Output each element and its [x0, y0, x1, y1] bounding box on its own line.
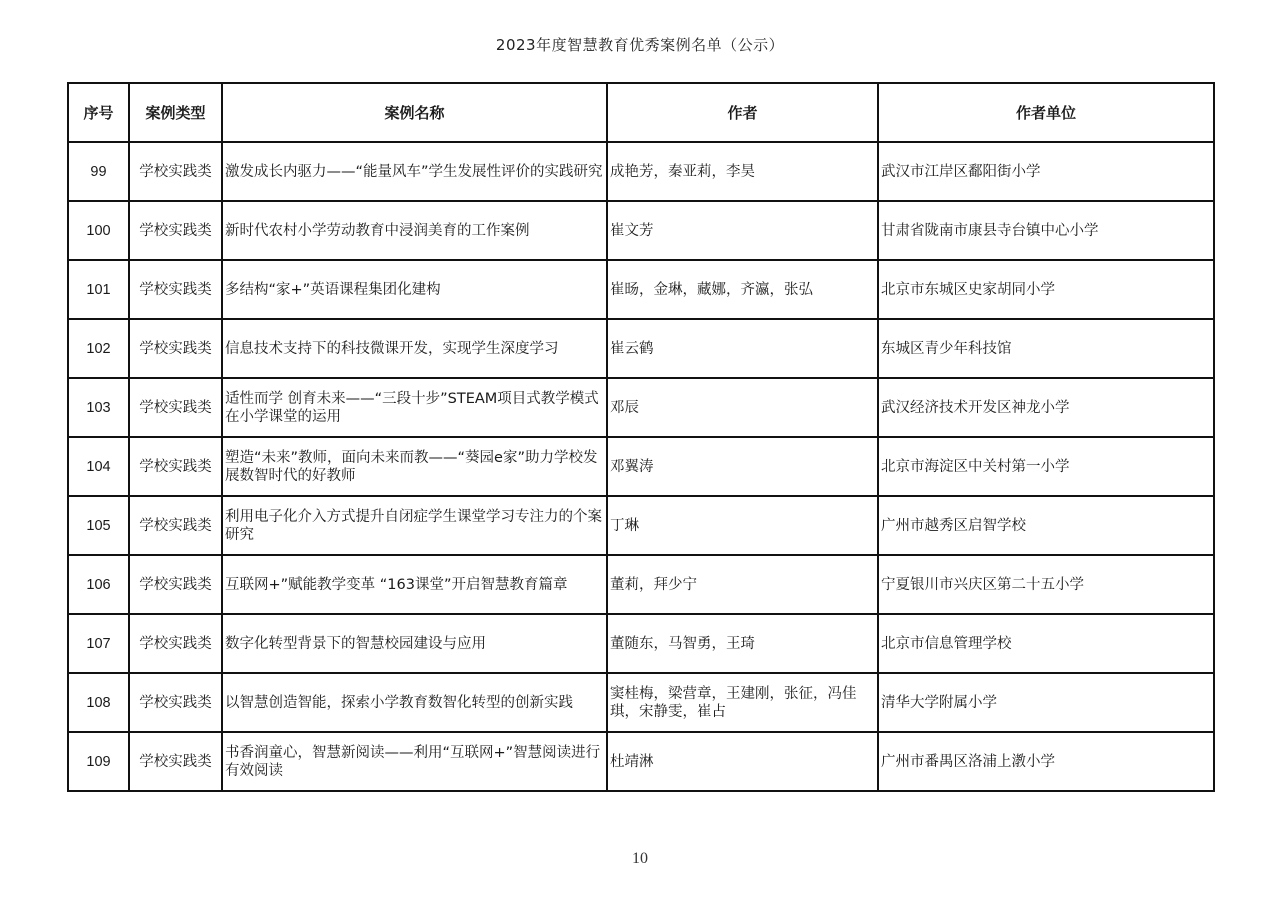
- cell-author-unit: 北京市东城区史家胡同小学: [878, 260, 1214, 319]
- cell-case-name: 互联网+”赋能教学变革 “163课堂”开启智慧教育篇章: [222, 555, 607, 614]
- header-serial-number: 序号: [68, 83, 129, 142]
- page-number: 10: [0, 850, 1280, 868]
- cell-serial-number: 101: [68, 260, 129, 319]
- cell-author-unit: 武汉市江岸区鄱阳街小学: [878, 142, 1214, 201]
- cell-case-type: 学校实践类: [129, 378, 222, 437]
- table-row: 107 学校实践类 数字化转型背景下的智慧校园建设与应用 董随东，马智勇，王琦 …: [68, 614, 1214, 673]
- cell-case-name: 数字化转型背景下的智慧校园建设与应用: [222, 614, 607, 673]
- cell-author: 成艳芳，秦亚莉，李昊: [607, 142, 878, 201]
- case-list-table: 序号 案例类型 案例名称 作者 作者单位 99 学校实践类 激发成长内驱力——“…: [67, 82, 1215, 792]
- cell-author-unit: 广州市越秀区启智学校: [878, 496, 1214, 555]
- cell-serial-number: 107: [68, 614, 129, 673]
- table-row: 108 学校实践类 以智慧创造智能，探索小学教育数智化转型的创新实践 窦桂梅，梁…: [68, 673, 1214, 732]
- cell-serial-number: 108: [68, 673, 129, 732]
- cell-serial-number: 100: [68, 201, 129, 260]
- cell-author: 崔文芳: [607, 201, 878, 260]
- cell-author-unit: 武汉经济技术开发区神龙小学: [878, 378, 1214, 437]
- cell-author-unit: 东城区青少年科技馆: [878, 319, 1214, 378]
- cell-author: 董随东，马智勇，王琦: [607, 614, 878, 673]
- cell-case-name: 以智慧创造智能，探索小学教育数智化转型的创新实践: [222, 673, 607, 732]
- cell-case-type: 学校实践类: [129, 673, 222, 732]
- cell-author: 窦桂梅，梁营章，王建刚，张征，冯佳琪，宋静雯，崔占: [607, 673, 878, 732]
- header-author-unit: 作者单位: [878, 83, 1214, 142]
- table-row: 102 学校实践类 信息技术支持下的科技微课开发，实现学生深度学习 崔云鹤 东城…: [68, 319, 1214, 378]
- header-author: 作者: [607, 83, 878, 142]
- table-row: 105 学校实践类 利用电子化介入方式提升自闭症学生课堂学习专注力的个案研究 丁…: [68, 496, 1214, 555]
- cell-case-name: 多结构“家+”英语课程集团化建构: [222, 260, 607, 319]
- cell-serial-number: 99: [68, 142, 129, 201]
- cell-case-type: 学校实践类: [129, 142, 222, 201]
- header-case-type: 案例类型: [129, 83, 222, 142]
- cell-author: 崔旸，金琳，藏娜，齐瀛，张弘: [607, 260, 878, 319]
- cell-author-unit: 清华大学附属小学: [878, 673, 1214, 732]
- table-row: 106 学校实践类 互联网+”赋能教学变革 “163课堂”开启智慧教育篇章 董莉…: [68, 555, 1214, 614]
- cell-case-name: 利用电子化介入方式提升自闭症学生课堂学习专注力的个案研究: [222, 496, 607, 555]
- cell-author: 丁琳: [607, 496, 878, 555]
- cell-serial-number: 103: [68, 378, 129, 437]
- table-row: 101 学校实践类 多结构“家+”英语课程集团化建构 崔旸，金琳，藏娜，齐瀛，张…: [68, 260, 1214, 319]
- cell-author-unit: 北京市海淀区中关村第一小学: [878, 437, 1214, 496]
- cell-author-unit: 宁夏银川市兴庆区第二十五小学: [878, 555, 1214, 614]
- cell-case-name: 信息技术支持下的科技微课开发，实现学生深度学习: [222, 319, 607, 378]
- cell-serial-number: 109: [68, 732, 129, 791]
- cell-case-type: 学校实践类: [129, 319, 222, 378]
- cell-case-type: 学校实践类: [129, 496, 222, 555]
- cell-case-name: 新时代农村小学劳动教育中浸润美育的工作案例: [222, 201, 607, 260]
- cell-case-name: 激发成长内驱力——“能量风车”学生发展性评价的实践研究: [222, 142, 607, 201]
- cell-case-type: 学校实践类: [129, 614, 222, 673]
- cell-author: 邓辰: [607, 378, 878, 437]
- cell-author: 董莉，拜少宁: [607, 555, 878, 614]
- cell-serial-number: 106: [68, 555, 129, 614]
- cell-author-unit: 甘肃省陇南市康县寺台镇中心小学: [878, 201, 1214, 260]
- cell-author: 邓翼涛: [607, 437, 878, 496]
- document-title: 2023年度智慧教育优秀案例名单（公示）: [0, 34, 1280, 55]
- cell-author: 崔云鹤: [607, 319, 878, 378]
- cell-case-name: 书香润童心，智慧新阅读——利用“互联网+”智慧阅读进行有效阅读: [222, 732, 607, 791]
- table-row: 104 学校实践类 塑造“未来”教师，面向未来而教——“葵园e家”助力学校发展数…: [68, 437, 1214, 496]
- cell-case-name: 适性而学 创育未来——“三段十步”STEAM项目式教学模式在小学课堂的运用: [222, 378, 607, 437]
- cell-case-type: 学校实践类: [129, 260, 222, 319]
- cell-case-name: 塑造“未来”教师，面向未来而教——“葵园e家”助力学校发展数智时代的好教师: [222, 437, 607, 496]
- cell-case-type: 学校实践类: [129, 437, 222, 496]
- header-case-name: 案例名称: [222, 83, 607, 142]
- cell-case-type: 学校实践类: [129, 201, 222, 260]
- table-row: 100 学校实践类 新时代农村小学劳动教育中浸润美育的工作案例 崔文芳 甘肃省陇…: [68, 201, 1214, 260]
- table-header-row: 序号 案例类型 案例名称 作者 作者单位: [68, 83, 1214, 142]
- cell-serial-number: 104: [68, 437, 129, 496]
- table-row: 99 学校实践类 激发成长内驱力——“能量风车”学生发展性评价的实践研究 成艳芳…: [68, 142, 1214, 201]
- cell-author-unit: 广州市番禺区洛浦上漖小学: [878, 732, 1214, 791]
- cell-case-type: 学校实践类: [129, 732, 222, 791]
- table-row: 109 学校实践类 书香润童心，智慧新阅读——利用“互联网+”智慧阅读进行有效阅…: [68, 732, 1214, 791]
- cell-author-unit: 北京市信息管理学校: [878, 614, 1214, 673]
- cell-author: 杜靖淋: [607, 732, 878, 791]
- cell-case-type: 学校实践类: [129, 555, 222, 614]
- table-row: 103 学校实践类 适性而学 创育未来——“三段十步”STEAM项目式教学模式在…: [68, 378, 1214, 437]
- cell-serial-number: 105: [68, 496, 129, 555]
- cell-serial-number: 102: [68, 319, 129, 378]
